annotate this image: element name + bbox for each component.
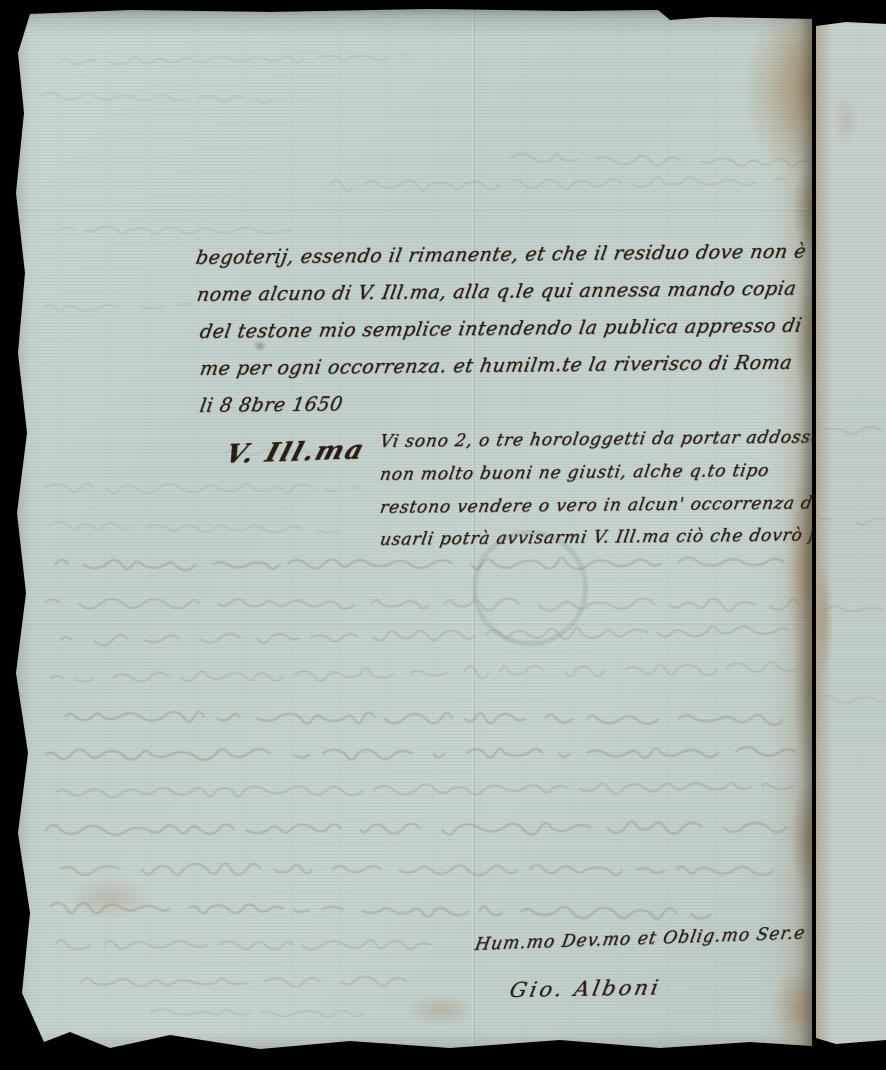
signature: Gio. Alboni: [508, 975, 664, 1002]
paper-laid-texture: [816, 20, 886, 1046]
letter-page: begoterij, essendo il rimanente, et che …: [10, 8, 812, 1058]
postscript-line: usarli potrà avvisarmi V. Ill.ma ciò che…: [378, 525, 860, 550]
horizontal-fold-crease: [10, 208, 812, 211]
manuscript-line: del testone mio semplice intendendo la p…: [198, 315, 803, 343]
adjacent-page-edge: [816, 20, 886, 1046]
manuscript-line: me per ogni occorrenza. et humilm.te la …: [198, 352, 794, 380]
manuscript-line: nome alcuno di V. Ill.ma, alla q.le qui …: [195, 278, 798, 306]
horizontal-fold-crease: [10, 622, 812, 625]
postscript-line: Vi sono 2, o tre horologgetti da portar …: [378, 427, 823, 452]
manuscript-line: begoterij, essendo il rimanente, et che …: [194, 241, 808, 269]
margin-note: V. Ill.ma: [222, 435, 369, 470]
stain-layer: [816, 20, 886, 1046]
bleed-through-writing: [816, 20, 886, 1046]
postscript-line: non molto buoni ne giusti, alche q.to ti…: [378, 461, 770, 485]
postscript-line: restono vendere o vero in alcun' occorre…: [378, 493, 825, 518]
date-line: li 8 8bre 1650: [198, 394, 344, 417]
scan-background: begoterij, essendo il rimanente, et che …: [0, 0, 886, 1070]
